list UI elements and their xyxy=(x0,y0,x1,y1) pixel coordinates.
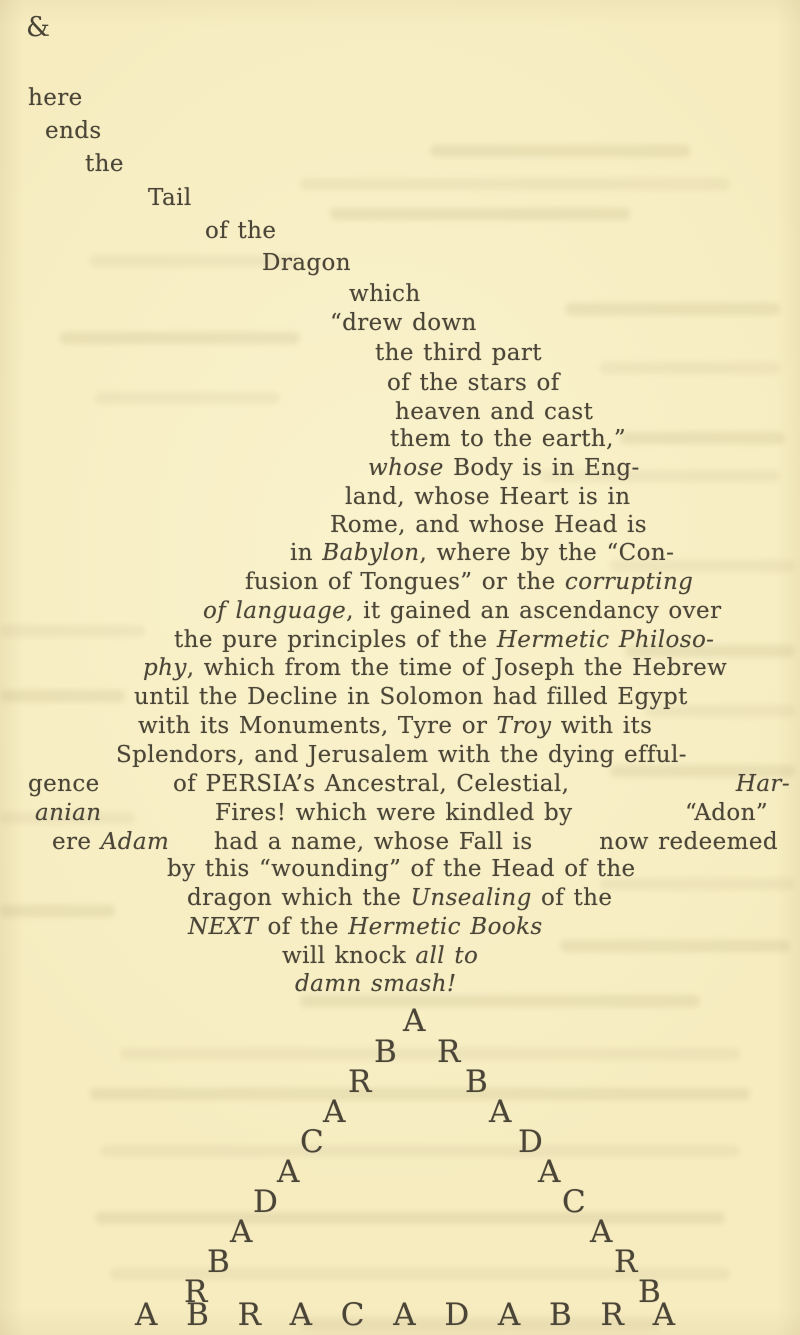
poem-line-segment: here xyxy=(28,85,83,111)
poem-line-segment: will knock xyxy=(282,943,415,969)
triangle-letter: C xyxy=(341,1297,365,1333)
ghost-smudge xyxy=(565,303,780,315)
poem-line: damn smash! xyxy=(295,971,457,997)
poem-line-segment: of the stars of xyxy=(387,370,560,396)
poem-line: gence of PERSIA’s Ancestral, Celestial, … xyxy=(0,771,800,799)
poem-line: which xyxy=(349,281,421,307)
poem-line-segment: corrupting xyxy=(565,569,693,595)
poem-line-segment: NEXT xyxy=(188,914,258,940)
ghost-smudge xyxy=(560,940,790,952)
poem-line: land, whose Heart is in xyxy=(345,484,630,510)
poem-line: of language, it gained an ascendancy ove… xyxy=(203,598,721,624)
ghost-smudge xyxy=(0,690,125,702)
poem-line-segment: which xyxy=(349,281,421,307)
poem-line: Rome, and whose Head is xyxy=(330,512,647,538)
poem-line-segment: had a name, whose Fall is xyxy=(214,829,533,855)
triangle-letter: B xyxy=(549,1297,572,1333)
book-page: { "page": { "background_color": "#f6ecc0… xyxy=(0,0,800,1335)
triangle-row: AA xyxy=(0,1094,800,1128)
ghost-smudge xyxy=(600,362,780,374)
triangle-letter: B xyxy=(186,1297,209,1333)
poem-line-segment: now redeemed xyxy=(599,829,778,855)
ghost-smudge xyxy=(60,332,300,344)
ghost-smudge xyxy=(0,625,145,637)
triangle-row: AA xyxy=(0,1214,800,1248)
triangle-row: RB xyxy=(0,1064,800,1098)
poem-line: Splendors, and Jerusalem with the dying … xyxy=(116,742,687,768)
triangle-letter: A xyxy=(135,1297,157,1333)
triangle-row: AA xyxy=(0,1154,800,1188)
poem-line: phy, which from the time of Joseph the H… xyxy=(143,655,727,681)
poem-line: dragon which the Unsealing of the xyxy=(187,885,612,911)
poem-line-segment: by this “wounding” of the Head of the xyxy=(167,856,636,882)
poem-line: them to the earth,” xyxy=(390,426,626,452)
poem-line-segment: of PERSIA’s Ancestral, Celestial, xyxy=(173,771,569,797)
poem-line-segment: all to xyxy=(415,943,478,969)
triangle-letter: A xyxy=(653,1297,675,1333)
poem-line-segment: Tail xyxy=(148,185,192,211)
poem-line-segment: land, whose Heart is in xyxy=(345,484,630,510)
poem-line-segment: “Adon” xyxy=(685,800,768,826)
poem-line: the pure principles of the Hermetic Phil… xyxy=(174,627,714,653)
triangle-letter: R xyxy=(238,1297,261,1333)
poem-line-segment: fusion of Tongues” or the xyxy=(245,569,565,595)
poem-line: in Babylon, where by the “Con- xyxy=(290,540,674,566)
poem-line: of the stars of xyxy=(387,370,560,396)
triangle-row: BR xyxy=(0,1244,800,1278)
poem-line-segment: Troy xyxy=(497,713,552,739)
poem-line-segment: of the xyxy=(258,914,348,940)
poem-line-segment: Babylon xyxy=(322,540,419,566)
triangle-letter: D xyxy=(444,1297,469,1333)
poem-line-segment: , where by the “Con- xyxy=(419,540,674,566)
poem-line-segment: phy xyxy=(143,655,187,681)
triangle-letter: A xyxy=(290,1297,312,1333)
poem-line-segment: of language xyxy=(203,598,346,624)
poem-line: here xyxy=(28,85,83,111)
ghost-smudge xyxy=(300,178,730,190)
ghost-smudge xyxy=(620,432,785,444)
poem-line-segment: , it gained an ascendancy over xyxy=(346,598,721,624)
poem-line: ere Adam had a name, whose Fall is now r… xyxy=(0,829,800,857)
poem-line: with its Monuments, Tyre or Troy with it… xyxy=(138,713,652,739)
poem-line-segment: with its Monuments, Tyre or xyxy=(138,713,497,739)
poem-line: Dragon xyxy=(262,250,351,276)
poem-line-segment: damn smash! xyxy=(295,971,457,997)
poem-line-segment: of the xyxy=(532,885,613,911)
poem-line-segment: whose xyxy=(368,455,453,481)
poem-line-segment: heaven and cast xyxy=(395,399,593,425)
poem-line-segment: until the Decline in Solomon had filled … xyxy=(134,684,688,710)
poem-line: ends xyxy=(45,118,102,144)
ghost-smudge xyxy=(330,208,630,220)
ghost-smudge xyxy=(95,392,280,404)
poem-line-segment: Splendors, and Jerusalem with the dying … xyxy=(116,742,687,768)
poem-line-segment: anian xyxy=(35,800,101,826)
poem-line-segment: them to the earth,” xyxy=(390,426,626,452)
poem-line-segment: the xyxy=(85,151,124,177)
triangle-row: DC xyxy=(0,1184,800,1218)
poem-line: by this “wounding” of the Head of the xyxy=(167,856,636,882)
poem-line-segment: ends xyxy=(45,118,102,144)
poem-line-segment: Unsealing xyxy=(411,885,532,911)
poem-line-segment: gence xyxy=(28,771,100,797)
triangle-row: A xyxy=(0,1003,800,1037)
poem-line-segment: Rome, and whose Head is xyxy=(330,512,647,538)
triangle-letter: A xyxy=(393,1297,415,1333)
poem-line: of the xyxy=(205,218,276,244)
triangle-letter: A xyxy=(498,1297,520,1333)
triangle-row: A B R A C A D A B R A xyxy=(0,1297,800,1331)
poem-line-segment: Fires! which were kindled by xyxy=(215,800,573,826)
poem-line-segment: the third part xyxy=(375,340,542,366)
triangle-row: BR xyxy=(0,1034,800,1068)
poem-line: heaven and cast xyxy=(395,399,593,425)
poem-line-segment: in xyxy=(290,540,322,566)
ampersand-mark: & xyxy=(26,12,50,43)
poem-line: NEXT of the Hermetic Books xyxy=(188,914,543,940)
poem-line: “drew down xyxy=(330,310,477,336)
poem-line-segment: dragon which the xyxy=(187,885,411,911)
poem-line-segment: Dragon xyxy=(262,250,351,276)
poem-line-segment: , which from the time of Joseph the Hebr… xyxy=(187,655,728,681)
poem-line-segment: “drew down xyxy=(330,310,477,336)
poem-line: Tail xyxy=(148,185,192,211)
poem-line: whose Body is in Eng- xyxy=(368,455,640,481)
poem-line-segment: Hermetic Books xyxy=(348,914,542,940)
poem-line: fusion of Tongues” or the corrupting xyxy=(245,569,693,595)
poem-line-segment: the pure principles of the xyxy=(174,627,497,653)
triangle-row: CD xyxy=(0,1124,800,1158)
poem-line: will knock all to xyxy=(282,943,478,969)
poem-line-segment: Body is in Eng- xyxy=(453,455,640,481)
poem-line-segment: ere Adam xyxy=(52,829,169,855)
poem-line: the third part xyxy=(375,340,542,366)
poem-line: the xyxy=(85,151,124,177)
poem-line-segment: Hermetic Philoso- xyxy=(497,627,715,653)
ghost-smudge xyxy=(430,145,690,157)
poem-line-segment: of the xyxy=(205,218,276,244)
poem-line: until the Decline in Solomon had filled … xyxy=(134,684,688,710)
poem-line-segment: with its xyxy=(551,713,652,739)
poem-line: anian Fires! which were kindled by “Adon… xyxy=(0,800,800,828)
abracadabra-row: A B R A C A D A B R A xyxy=(135,1297,675,1333)
poem-line-segment: Har- xyxy=(736,771,790,797)
triangle-letter: R xyxy=(601,1297,624,1333)
